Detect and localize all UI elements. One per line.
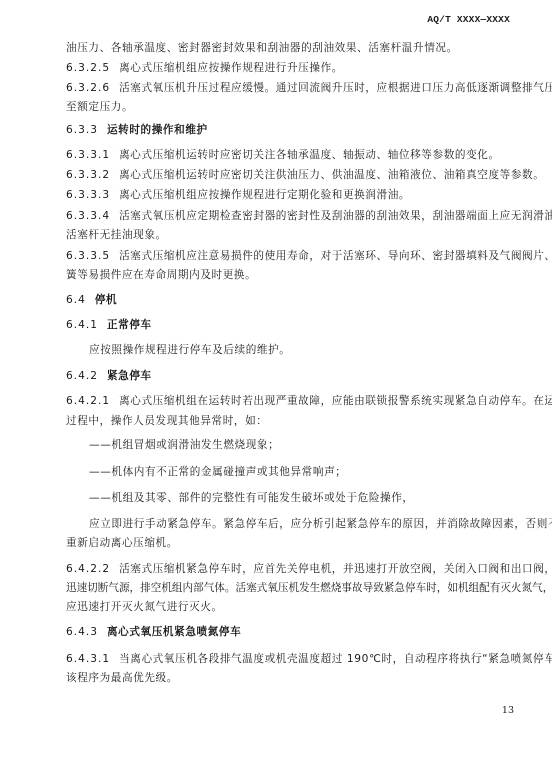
body-text: 迅速切断气源，排空机组内部气体。活塞式氧压机发生燃烧事故导致紧急停车时，如机组配… (66, 581, 511, 595)
clause-6-3-3-5: 6.3.3.5活塞式压缩机应注意易损件的使用寿命，对于活塞环、导向环、密封器填料… (66, 249, 511, 263)
clause-6-3-2-6: 6.3.2.6活塞式氧压机升压过程应缓慢。通过回流阀升压时，应根据进口压力高低逐… (66, 81, 511, 95)
body-text: 至额定压力。 (66, 100, 511, 114)
list-item: ——机体内有不正常的金属碰撞声或其他异常响声； (89, 465, 534, 479)
list-item: ——机组及其零、部件的完整性有可能发生破坏或处于危险操作， (89, 491, 534, 505)
clause-6-3-3-3: 6.3.3.3离心式压缩机组应按操作规程进行定期化验和更换润滑油。 (66, 188, 511, 202)
section-heading-6-3-3: 6.3.3运转时的操作和维护 (66, 123, 511, 137)
clause-6-3-3-4: 6.3.3.4活塞式氧压机应定期检查密封器的密封性及刮油器的刮油效果，刮油器端面… (66, 209, 511, 223)
clause-6-4-2-1: 6.4.2.1离心式压缩机组在运转时若出现严重故障，应能由联锁报警系统实现紧急自… (66, 394, 511, 408)
clause-6-4-2-2: 6.4.2.2活塞式压缩机紧急停车时，应首先关停电机，并迅速打开放空阀，关闭入口… (66, 562, 511, 576)
body-text: 活塞杆无挂油现象。 (66, 228, 511, 242)
clause-6-3-2-5: 6.3.2.5离心式压缩机组应按操作规程进行升压操作。 (66, 61, 511, 75)
section-heading-6-4-1: 6.4.1正常停车 (66, 318, 511, 332)
clause-number: 6.4 (66, 294, 86, 306)
clause-number: 6.4.3 (66, 626, 98, 638)
clause-number: 6.4.2 (66, 370, 98, 382)
clause-number: 6.3.3 (66, 124, 98, 136)
clause-number: 6.3.2.5 (66, 62, 110, 74)
clause-number: 6.3.3.1 (66, 149, 110, 161)
clause-number: 6.4.2.2 (66, 563, 110, 575)
list-item: ——机组冒烟或润滑油发生燃烧现象； (89, 438, 534, 452)
clause-number: 6.3.3.5 (66, 250, 110, 262)
page-number: 13 (502, 705, 514, 716)
clause-number: 6.3.3.2 (66, 169, 110, 181)
clause-number: 6.3.3.4 (66, 210, 110, 222)
body-text: 过程中，操作人员发现其他异常时，如： (66, 414, 511, 428)
clause-number: 6.4.2.1 (66, 395, 110, 407)
section-heading-6-4: 6.4停机 (66, 293, 511, 307)
clause-6-3-3-2: 6.3.3.2离心式压缩机运转时应密切关注供油压力、供油温度、油箱液位、油箱真空… (66, 168, 511, 182)
body-text: 应迅速打开灭火氮气进行灭火。 (66, 600, 511, 614)
clause-6-3-3-1: 6.3.3.1离心式压缩机运转时应密切关注各轴承温度、轴振动、轴位移等参数的变化… (66, 148, 511, 162)
body-text: 该程序为最高优先级。 (66, 671, 511, 685)
section-heading-6-4-2: 6.4.2紧急停车 (66, 369, 511, 383)
body-text: 油压力、各轴承温度、密封器密封效果和刮油器的刮油效果、活塞杆温升情况。 (66, 41, 511, 55)
clause-6-4-3-1: 6.4.3.1当离心式氧压机各段排气温度或机壳温度超过 190℃时，自动程序将执… (66, 652, 511, 666)
section-heading-6-4-3: 6.4.3离心式氧压机紧急喷氮停车 (66, 625, 511, 639)
body-text: 重新启动离心压缩机。 (66, 536, 511, 550)
clause-number: 6.4.3.1 (66, 653, 110, 665)
clause-number: 6.4.1 (66, 319, 98, 331)
clause-number: 6.3.3.3 (66, 189, 110, 201)
body-text: 簧等易损件应在寿命周期内及时更换。 (66, 268, 511, 282)
body-text: 应立即进行手动紧急停车。紧急停车后，应分析引起紧急停车的原因，并消除故障因素，否… (89, 517, 534, 531)
body-text: 应按照操作规程进行停车及后续的维护。 (89, 343, 534, 357)
clause-number: 6.3.2.6 (66, 82, 110, 94)
document-id-header: AQ/T XXXX—XXXX (427, 14, 510, 25)
